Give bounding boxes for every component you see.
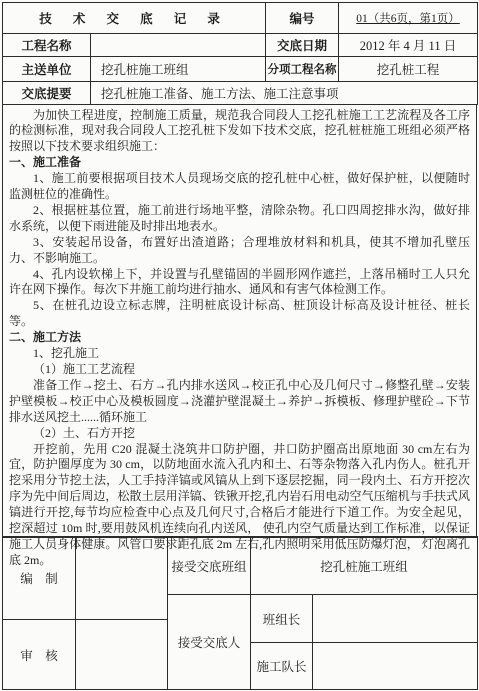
body-paragraph: 2、根据桩基位置，施工前进行场地平整，清除杂物。孔口四周挖排水沟，做好排水系统，… bbox=[9, 203, 470, 235]
number-value-text: 01（共6页，第1页） bbox=[356, 13, 460, 25]
reviewer-label: 审 核 bbox=[3, 620, 76, 690]
sender-value: 挖孔桩施工班组 bbox=[91, 57, 266, 82]
number-value: 01（共6页，第1页） bbox=[339, 3, 478, 34]
project-name-value bbox=[91, 34, 266, 57]
number-label: 编号 bbox=[266, 3, 339, 34]
subproject-label: 分项工程名称 bbox=[266, 57, 339, 82]
document-page: 技 术 交 底 记 录 编号 01（共6页，第1页） 工程名称 交底日期 201… bbox=[0, 0, 479, 691]
subproject-value: 挖孔桩工程 bbox=[339, 57, 478, 82]
crew-leader-label: 施工队长 bbox=[251, 643, 313, 690]
project-name-label: 工程名称 bbox=[3, 34, 91, 57]
body-paragraphs: 为加快工程进度，控制施工质量，规范我合同段人工挖孔桩施工工艺流程及各工序的检测标… bbox=[2, 104, 477, 538]
reviewer-signature-cell bbox=[76, 620, 168, 690]
body-paragraph: （2）土、石方开挖 bbox=[9, 426, 470, 442]
header-table: 技 术 交 底 记 录 编号 01（共6页，第1页） 工程名称 交底日期 201… bbox=[2, 2, 478, 105]
summary-label: 交底提要 bbox=[3, 82, 91, 105]
date-value: 2012 年 4 月 11 日 bbox=[339, 34, 478, 57]
body-paragraph: （1）施工工艺流程 bbox=[9, 362, 470, 378]
date-label: 交底日期 bbox=[266, 34, 339, 57]
crew-leader-signature-cell bbox=[313, 643, 478, 690]
body-paragraph: 准备工作→挖土、石方→孔内排水送风→校正孔中心及几何尺寸→修整孔壁→安装护壁模板… bbox=[9, 378, 470, 426]
section-heading: 一、施工准备 bbox=[9, 155, 470, 171]
body-paragraph: 1、施工前要根据项目技术人员现场交底的挖孔桩中心桩，做好保护桩，以便随时监测桩位… bbox=[9, 171, 470, 203]
receiver-label: 接受交底人 bbox=[168, 595, 251, 690]
summary-value: 挖孔桩施工准备、施工方法、施工注意事项 bbox=[91, 82, 478, 105]
sender-label: 主送单位 bbox=[3, 57, 91, 82]
signature-table: 编 制 接受交底班组 挖孔桩施工班组 接受交底人 班组长 审 核 施工队长 bbox=[2, 536, 478, 690]
body-paragraph: 3、安装起吊设备，布置好出渣道路；合理堆放材料和机具，使其不增加孔壁压力、不影响… bbox=[9, 235, 470, 267]
body-paragraph: 开挖前，先用 C20 混凝土浇筑井口防护圈，井口防护圈高出原地面 30 cm左右… bbox=[9, 442, 470, 569]
body-paragraph: 4、孔内设软梯上下，并设置与孔壁锚固的半圆形网作遮拦，上落吊桶时工人只允许在网下… bbox=[9, 267, 470, 299]
body-paragraph: 5、在桩孔边设立标志牌，注明桩底设计标高、桩顶设计标高及设计桩径、桩长等。 bbox=[9, 298, 470, 330]
body-paragraph: 为加快工程进度，控制施工质量，规范我合同段人工挖孔桩施工工艺流程及各工序的检测标… bbox=[9, 108, 470, 156]
section-heading: 二、施工方法 bbox=[9, 330, 470, 346]
page-title: 技 术 交 底 记 录 bbox=[3, 3, 266, 34]
body-paragraph: 1、挖孔施工 bbox=[9, 346, 470, 362]
team-leader-label: 班组长 bbox=[251, 595, 313, 643]
team-leader-signature-cell bbox=[313, 595, 478, 643]
